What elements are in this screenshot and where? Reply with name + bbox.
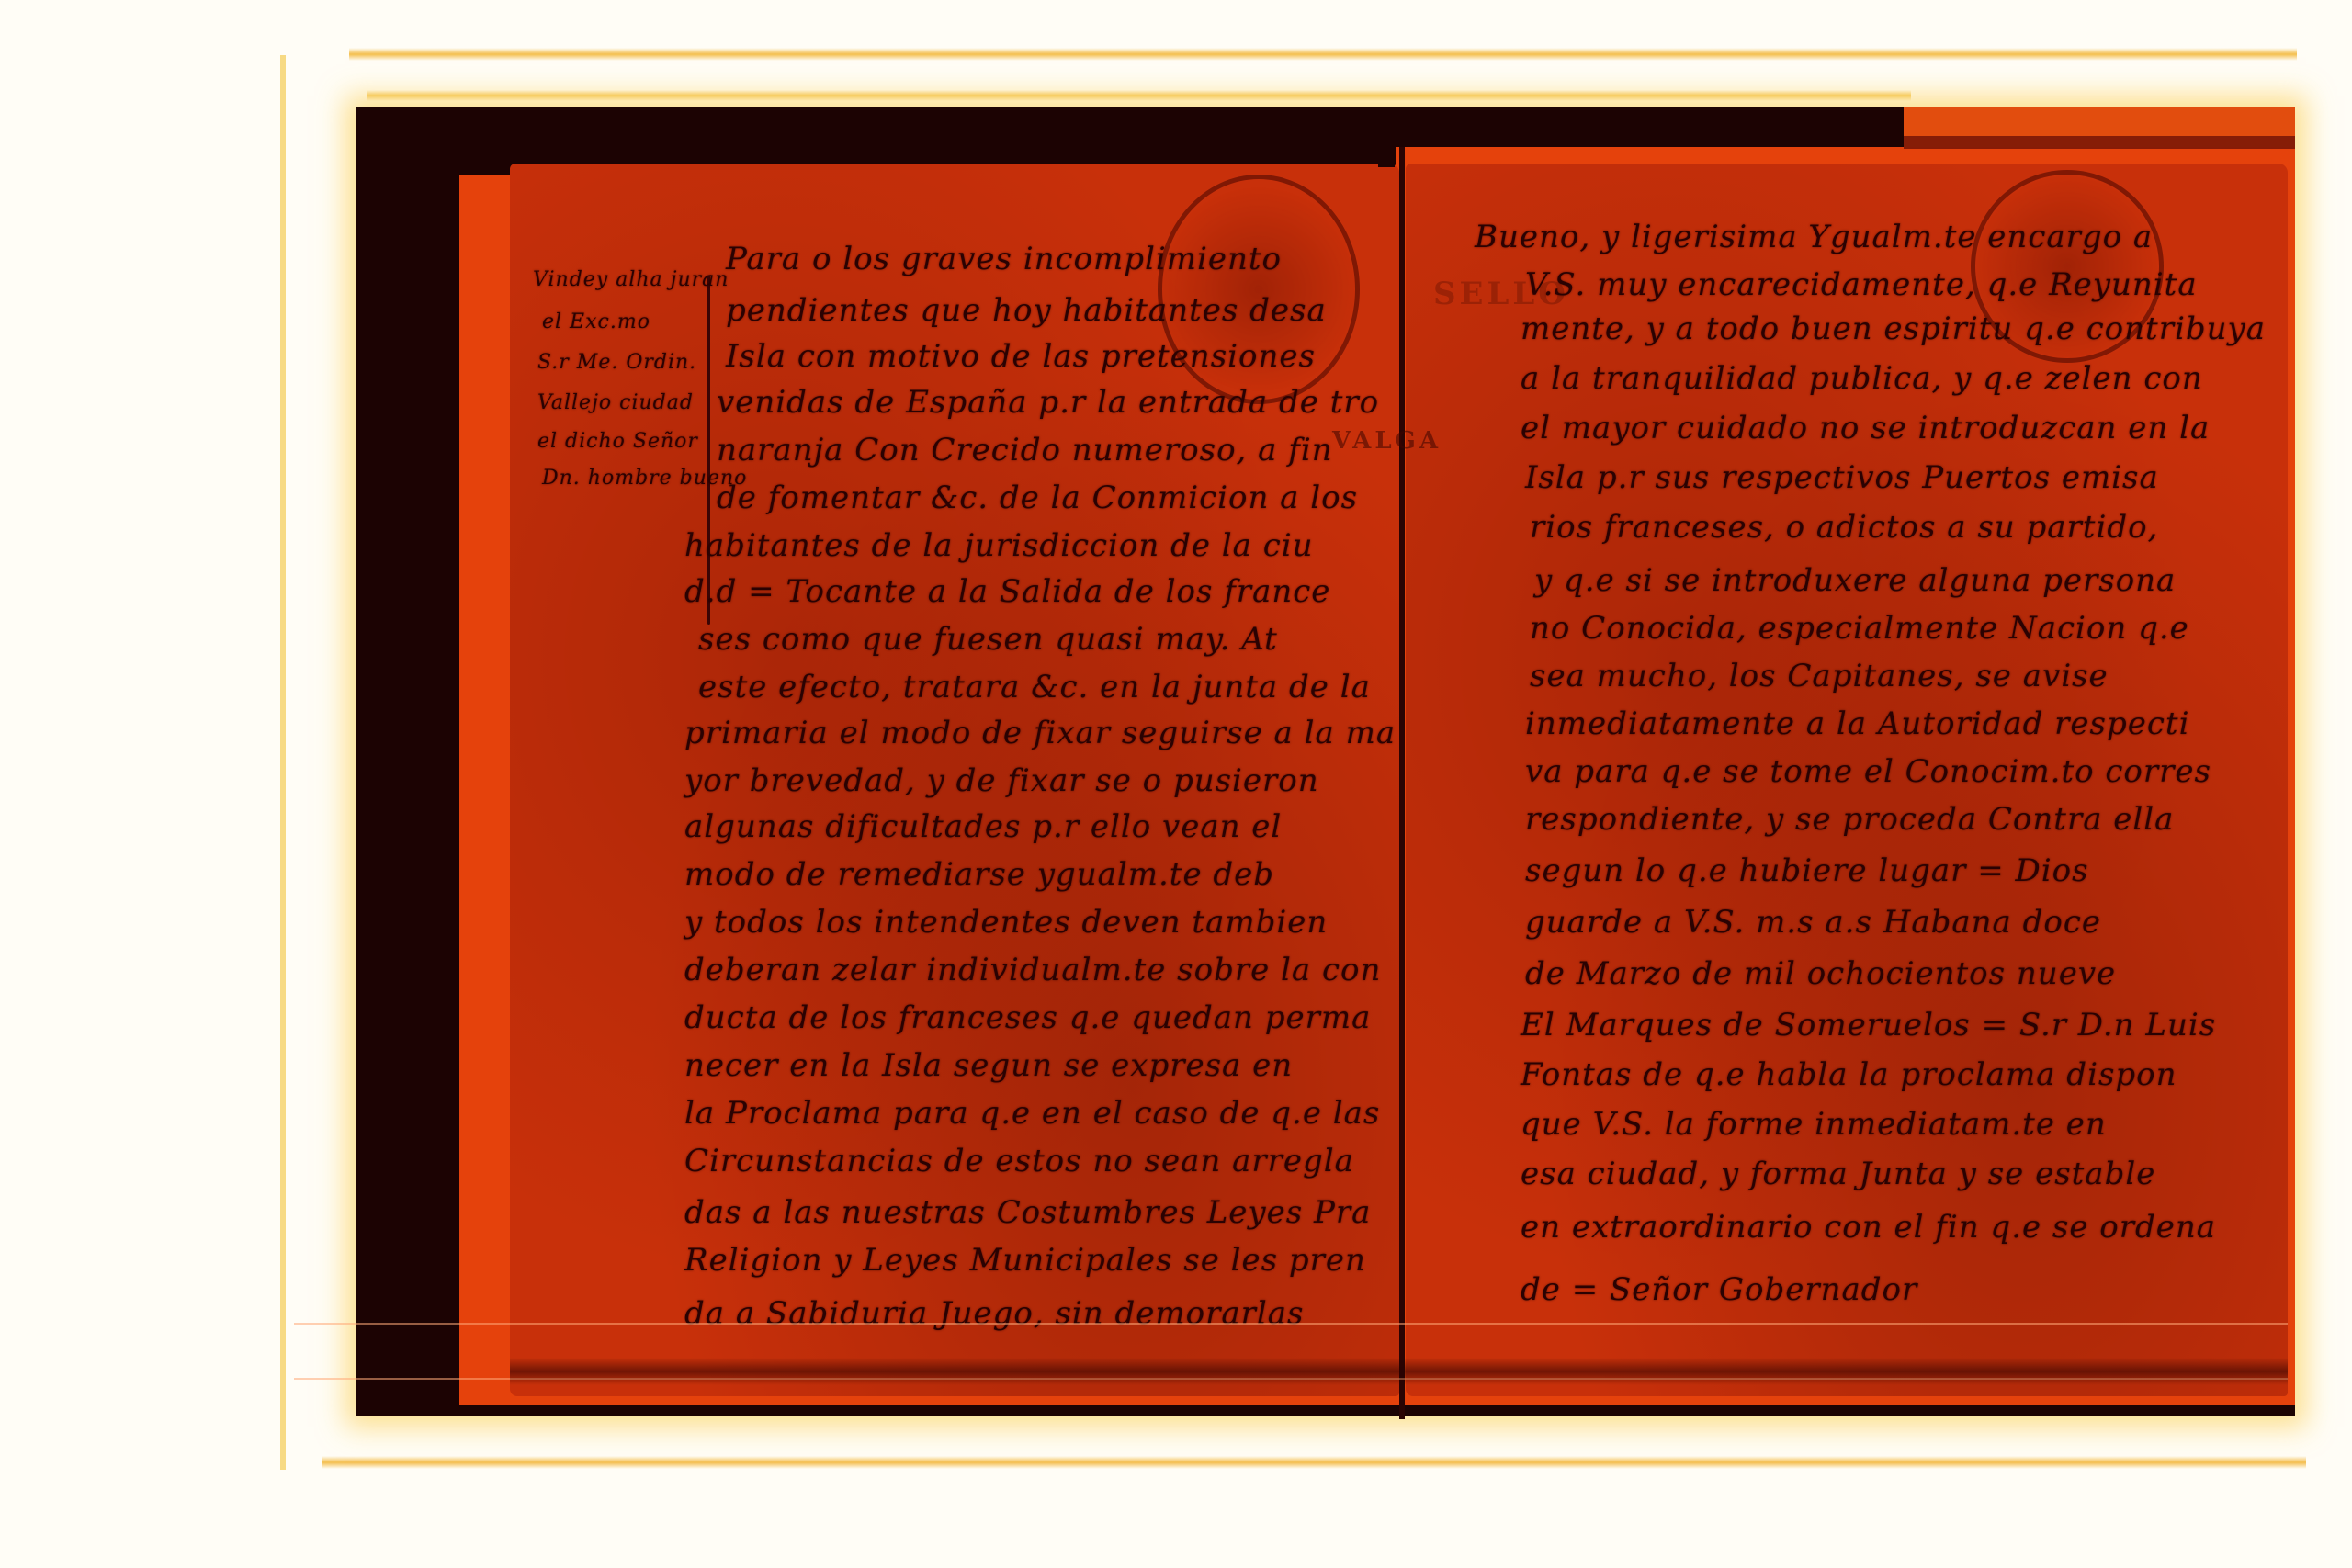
manuscript-line: este efecto, tratara &c. en la junta de … <box>698 669 1371 705</box>
manuscript-line: pendientes que hoy habitantes desa <box>726 292 1327 329</box>
manuscript-line: ducta de los franceses q.e quedan perma <box>684 999 1371 1036</box>
manuscript-line: naranja Con Crecido numeroso, a fin <box>717 432 1333 468</box>
manuscript-line: modo de remediarse ygualm.te deb <box>684 856 1274 893</box>
manuscript-line: de = Señor Gobernador <box>1521 1271 1917 1308</box>
margin-note: Vindey alha juran <box>533 268 729 291</box>
film-edge-left <box>280 55 286 1470</box>
manuscript-line: y todos los intendentes deven tambien <box>684 904 1328 941</box>
manuscript-line: Religion y Leyes Municipales se les pren <box>684 1242 1366 1279</box>
film-edge-top-inner <box>367 90 1911 101</box>
manuscript-line: Para o los graves incomplimiento <box>726 241 1282 277</box>
manuscript-line: d.d = Tocante a la Salida de los france <box>684 573 1330 610</box>
manuscript-line: sea mucho, los Capitanes, se avise <box>1530 658 2109 694</box>
manuscript-line: de fomentar &c. de la Conmicion a los <box>717 479 1358 516</box>
manuscript-line: primaria el modo de fixar seguirse a la … <box>684 715 1396 751</box>
manuscript-line: la Proclama para q.e en el caso de q.e l… <box>684 1095 1380 1132</box>
manuscript-line: ses como que fuesen quasi may. At <box>698 621 1278 658</box>
top-strip-right <box>1904 136 2295 149</box>
manuscript-line: deberan zelar individualm.te sobre la co… <box>684 952 1381 988</box>
manuscript-line: yor brevedad, y de fixar se o pusieron <box>684 762 1319 799</box>
manuscript-line: rios franceses, o adictos a su partido, <box>1530 509 2158 546</box>
page-bottom-shadow <box>510 1358 2288 1385</box>
manuscript-line: El Marques de Someruelos = S.r D.n Luis <box>1521 1007 2216 1043</box>
margin-note: S.r Me. Ordin. <box>537 351 696 374</box>
manuscript-line: V.S. muy encarecidamente, q.e Reyunita <box>1525 266 2198 303</box>
manuscript-line: va para q.e se tome el Conocim.to corres <box>1525 753 2211 790</box>
film-edge-top <box>349 48 2297 61</box>
bleed-through-header-left: VALGA <box>1332 427 1442 455</box>
margin-rule <box>707 276 710 625</box>
manuscript-line: Isla p.r sus respectivos Puertos emisa <box>1525 459 2159 496</box>
manuscript-line: que V.S. la forme inmediatam.te en <box>1521 1106 2107 1143</box>
book-gutter <box>1399 147 1405 1419</box>
manuscript-line: mente, y a todo buen espiritu q.e contri… <box>1521 310 2266 347</box>
film-scratch <box>294 1323 2288 1325</box>
manuscript-line: en extraordinario con el fin q.e se orde… <box>1521 1209 2216 1246</box>
manuscript-line: das a las nuestras Costumbres Leyes Pra <box>684 1194 1371 1231</box>
manuscript-line: a la tranquilidad publica, y q.e zelen c… <box>1521 360 2203 397</box>
manuscript-line: respondiente, y se proceda Contra ella <box>1525 801 2174 838</box>
manuscript-line: no Conocida, especialmente Nacion q.e <box>1530 610 2189 647</box>
manuscript-line: venidas de España p.r la entrada de tro <box>717 384 1379 421</box>
gutter-tab <box>1378 147 1395 167</box>
manuscript-line: esa ciudad, y forma Junta y se estable <box>1521 1156 2155 1192</box>
margin-note: el dicho Señor <box>537 430 698 453</box>
manuscript-line: da a Sabiduria Juego, sin demorarlas <box>684 1295 1304 1332</box>
manuscript-line: necer en la Isla segun se expresa en <box>684 1047 1293 1084</box>
manuscript-line: de Marzo de mil ochocientos nueve <box>1525 955 2116 992</box>
manuscript-line: guarde a V.S. m.s a.s Habana doce <box>1525 904 2101 941</box>
manuscript-line: inmediatamente a la Autoridad respecti <box>1525 705 2189 742</box>
manuscript-line: Fontas de q.e habla la proclama dispon <box>1521 1056 2177 1093</box>
manuscript-line: Circunstancias de estos no sean arregla <box>684 1143 1354 1179</box>
manuscript-line: y q.e si se introduxere alguna persona <box>1534 562 2176 599</box>
manuscript-line: algunas dificultades p.r ello vean el <box>684 808 1282 845</box>
manuscript-line: Bueno, y ligerisima Ygualm.te encargo a <box>1475 219 2153 255</box>
manuscript-line: el mayor cuidado no se introduzcan en la <box>1521 410 2210 446</box>
manuscript-line: segun lo q.e hubiere lugar = Dios <box>1525 852 2089 889</box>
film-edge-bottom <box>322 1456 2306 1469</box>
manuscript-line: habitantes de la jurisdiccion de la ciu <box>684 527 1314 564</box>
manuscript-line: Isla con motivo de las pretensiones <box>726 338 1316 375</box>
margin-note: el Exc.mo <box>542 310 650 333</box>
margin-note: Vallejo ciudad <box>537 391 694 414</box>
